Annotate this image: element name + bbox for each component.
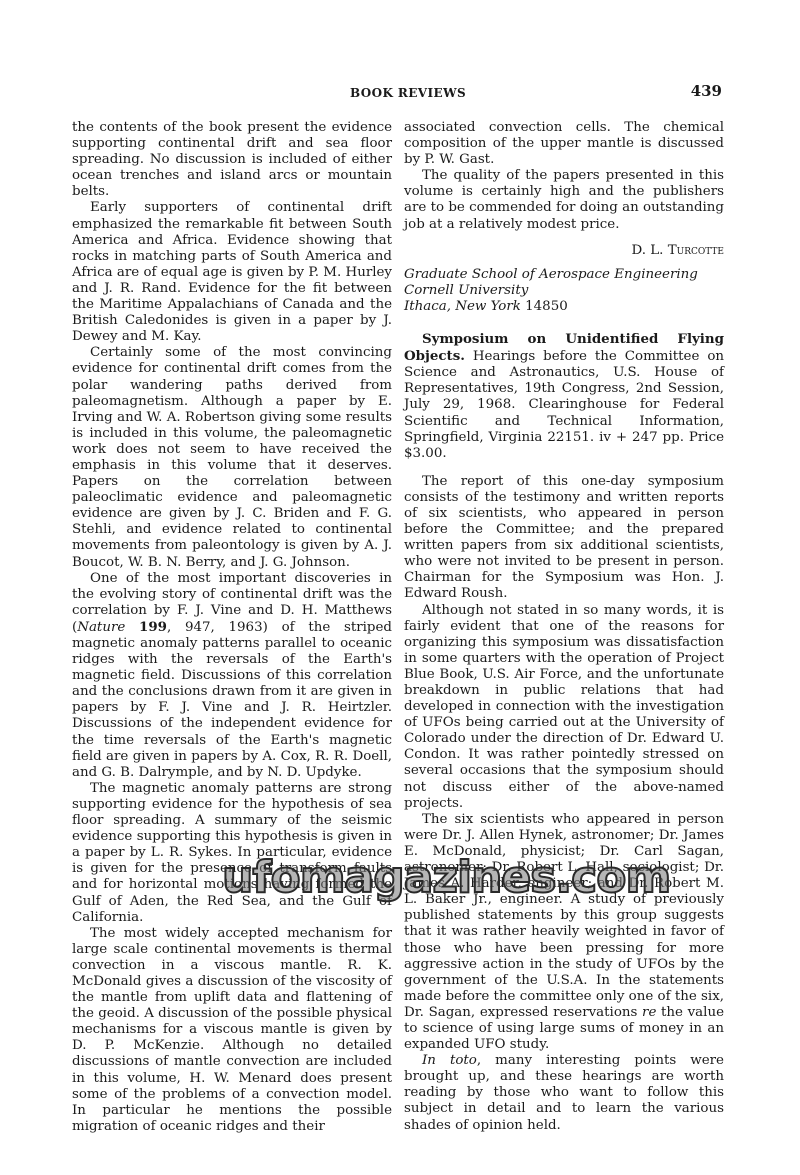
paragraph: associated convection cells. The chemica… <box>404 120 724 168</box>
paragraph-conclusion: In toto, many interesting points were br… <box>404 1053 724 1133</box>
paragraph: Although not stated in so many words, it… <box>404 603 724 812</box>
running-head: BOOK REVIEWS <box>350 86 466 100</box>
paragraph: Early supporters of continental drift em… <box>72 200 392 345</box>
paragraph: the contents of the book present the evi… <box>72 120 392 200</box>
page-number: 439 <box>691 82 722 100</box>
paragraph: Certainly some of the most convincing ev… <box>72 345 392 570</box>
paragraph: The quality of the papers presented in t… <box>404 168 724 232</box>
paragraph: The report of this one-day symposium con… <box>404 474 724 603</box>
reviewer-affiliation: Graduate School of Aerospace Engineering… <box>404 267 724 315</box>
book-citation: Symposium on Unidentified Flying Objects… <box>404 331 724 462</box>
paragraph-scientists: The six scientists who appeared in perso… <box>404 812 724 1053</box>
right-column: associated convection cells. The chemica… <box>404 120 724 1134</box>
paragraph-vine-matthews: One of the most important discoveries in… <box>72 571 392 781</box>
paragraph: The most widely accepted mechanism for l… <box>72 926 392 1135</box>
paragraph: The magnetic anomaly patterns are strong… <box>72 781 392 926</box>
reviewer-signature: D. L. Turcotte <box>404 243 724 259</box>
left-column: the contents of the book present the evi… <box>72 120 392 1135</box>
journal-volume: 199 <box>139 619 167 635</box>
journal-name: Nature <box>77 620 125 635</box>
page-header: BOOK REVIEWS 439 <box>66 86 722 106</box>
